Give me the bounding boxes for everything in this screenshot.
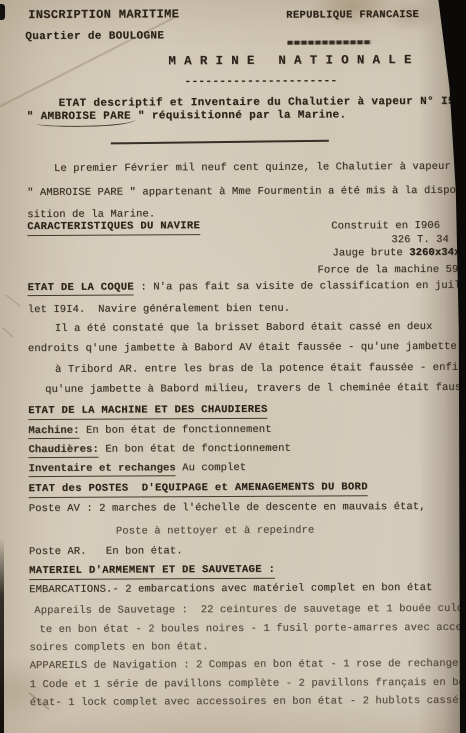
section-heading-machine: ETAT DE LA MACHINE ET DES CHAUDIERES — [28, 404, 268, 420]
machine-value: En bon état de fonctionnement — [80, 424, 272, 437]
embarcations-line: EMBARCATIONS.- 2 embarcations avec matér… — [29, 582, 432, 597]
typed-dashes: ---------------------- — [184, 75, 337, 89]
machine-line: Machine: En bon état de fonctionnement — [28, 424, 271, 438]
sauvetage-line-3: soires complets en bon état. — [29, 641, 208, 655]
scan-edge-left-strip — [0, 538, 4, 733]
jauge-label: Jauge brute — [332, 247, 409, 259]
coque-para-line-4: qu'une jambette à Babord milieu, travers… — [45, 382, 466, 397]
title-line2-rest: " réquisitionné par la Marine. — [131, 109, 347, 122]
section-heading-materiel: MATERIEL D'ARMEMENT ET DE SAUVETAGE : — [29, 564, 275, 580]
section-heading-caracteristiques: CARACTERISTIQUES DU NAVIRE — [27, 220, 200, 236]
sauvetage-line-2: te en bon état - 2 boules noires - 1 fus… — [39, 622, 466, 637]
inventaire-value: Au complet — [176, 462, 246, 474]
poste-av-line: Poste AV : 2 marches de l'échelle de des… — [29, 501, 426, 516]
republic-underline — [287, 40, 371, 44]
chaudieres-label: Chaudières: — [28, 444, 98, 458]
coque-heading-rest: : N'a pas fait sa visite de classificati… — [134, 280, 466, 294]
coque-heading-line: ETAT DE LA COQUE : N'a pas fait sa visit… — [28, 280, 466, 295]
chaudieres-value: En bon état de fonctionnement — [99, 443, 291, 456]
poste-ar-line: Poste AR. En bon état. — [29, 545, 183, 559]
title-rule — [111, 140, 329, 145]
section-heading-postes: ETAT des POSTES D'EQUIPAGE et AMENAGEMEN… — [29, 481, 368, 498]
ship-name: AMBROISE PARE — [41, 111, 131, 123]
chaudieres-line: Chaudières: En bon état de fonctionnemen… — [28, 443, 291, 457]
inventaire-line: Inventaire et rechanges Au complet — [29, 462, 247, 476]
scanned-document: INSCRIPTION MARITIME Quartier de BOULOGN… — [0, 0, 466, 733]
service-district: Quartier de BOULOGNE — [25, 30, 164, 44]
poste-nettoyer-line: Poste à nettoyer et à repeindre — [116, 525, 315, 539]
machine-label: Machine: — [28, 425, 79, 439]
intro-line-2: " AMBROISE PARE " appartenant à Mme Four… — [27, 185, 462, 200]
scan-edge-left-nub — [0, 4, 5, 20]
service-name: INSCRIPTION MARITIME — [28, 8, 179, 22]
document-title-text: ETAT descriptif et Inventaire du Chaluti… — [59, 96, 441, 110]
republic-title: REPUBLIQUE FRANCAISE — [286, 9, 419, 23]
document-title-line1: ETAT descriptif et Inventaire du Chaluti… — [59, 96, 462, 111]
sauvetage-line-1: Appareils de Sauvetage : 22 ceintures de… — [34, 603, 466, 618]
document-title-line2: " AMBROISE PARE " réquisitionné par la M… — [27, 109, 347, 124]
navigation-line-3: état- 1 lock complet avec accessoires en… — [30, 695, 465, 710]
coque-line-2: let I9I4. Navire généralement bien tenu. — [28, 303, 291, 317]
section-heading-coque: ETAT DE LA COQUE — [28, 282, 134, 297]
document-page: INSCRIPTION MARITIME Quartier de BOULOGN… — [0, 0, 466, 733]
coque-para-line-2: endroits q'une jambette à Babord AV étai… — [28, 341, 457, 356]
coque-para-line-3: à Tribord AR. entre les bras de la poten… — [55, 362, 465, 377]
navigation-line-1: APPAREILS de Navigation : 2 Compas en bo… — [30, 658, 459, 673]
intro-line-1: Le premier Février mil neuf cent quinze,… — [54, 161, 451, 176]
marine-nationale-title: M A R I N E N A T I O N A L E — [168, 54, 411, 68]
navigation-line-2: 1 Code et 1 série de pavillons complète … — [30, 677, 466, 692]
coque-para-line-1: Il a été constaté que la brisset Babord … — [55, 321, 433, 336]
inventaire-label: Inventaire et rechanges — [29, 462, 176, 477]
